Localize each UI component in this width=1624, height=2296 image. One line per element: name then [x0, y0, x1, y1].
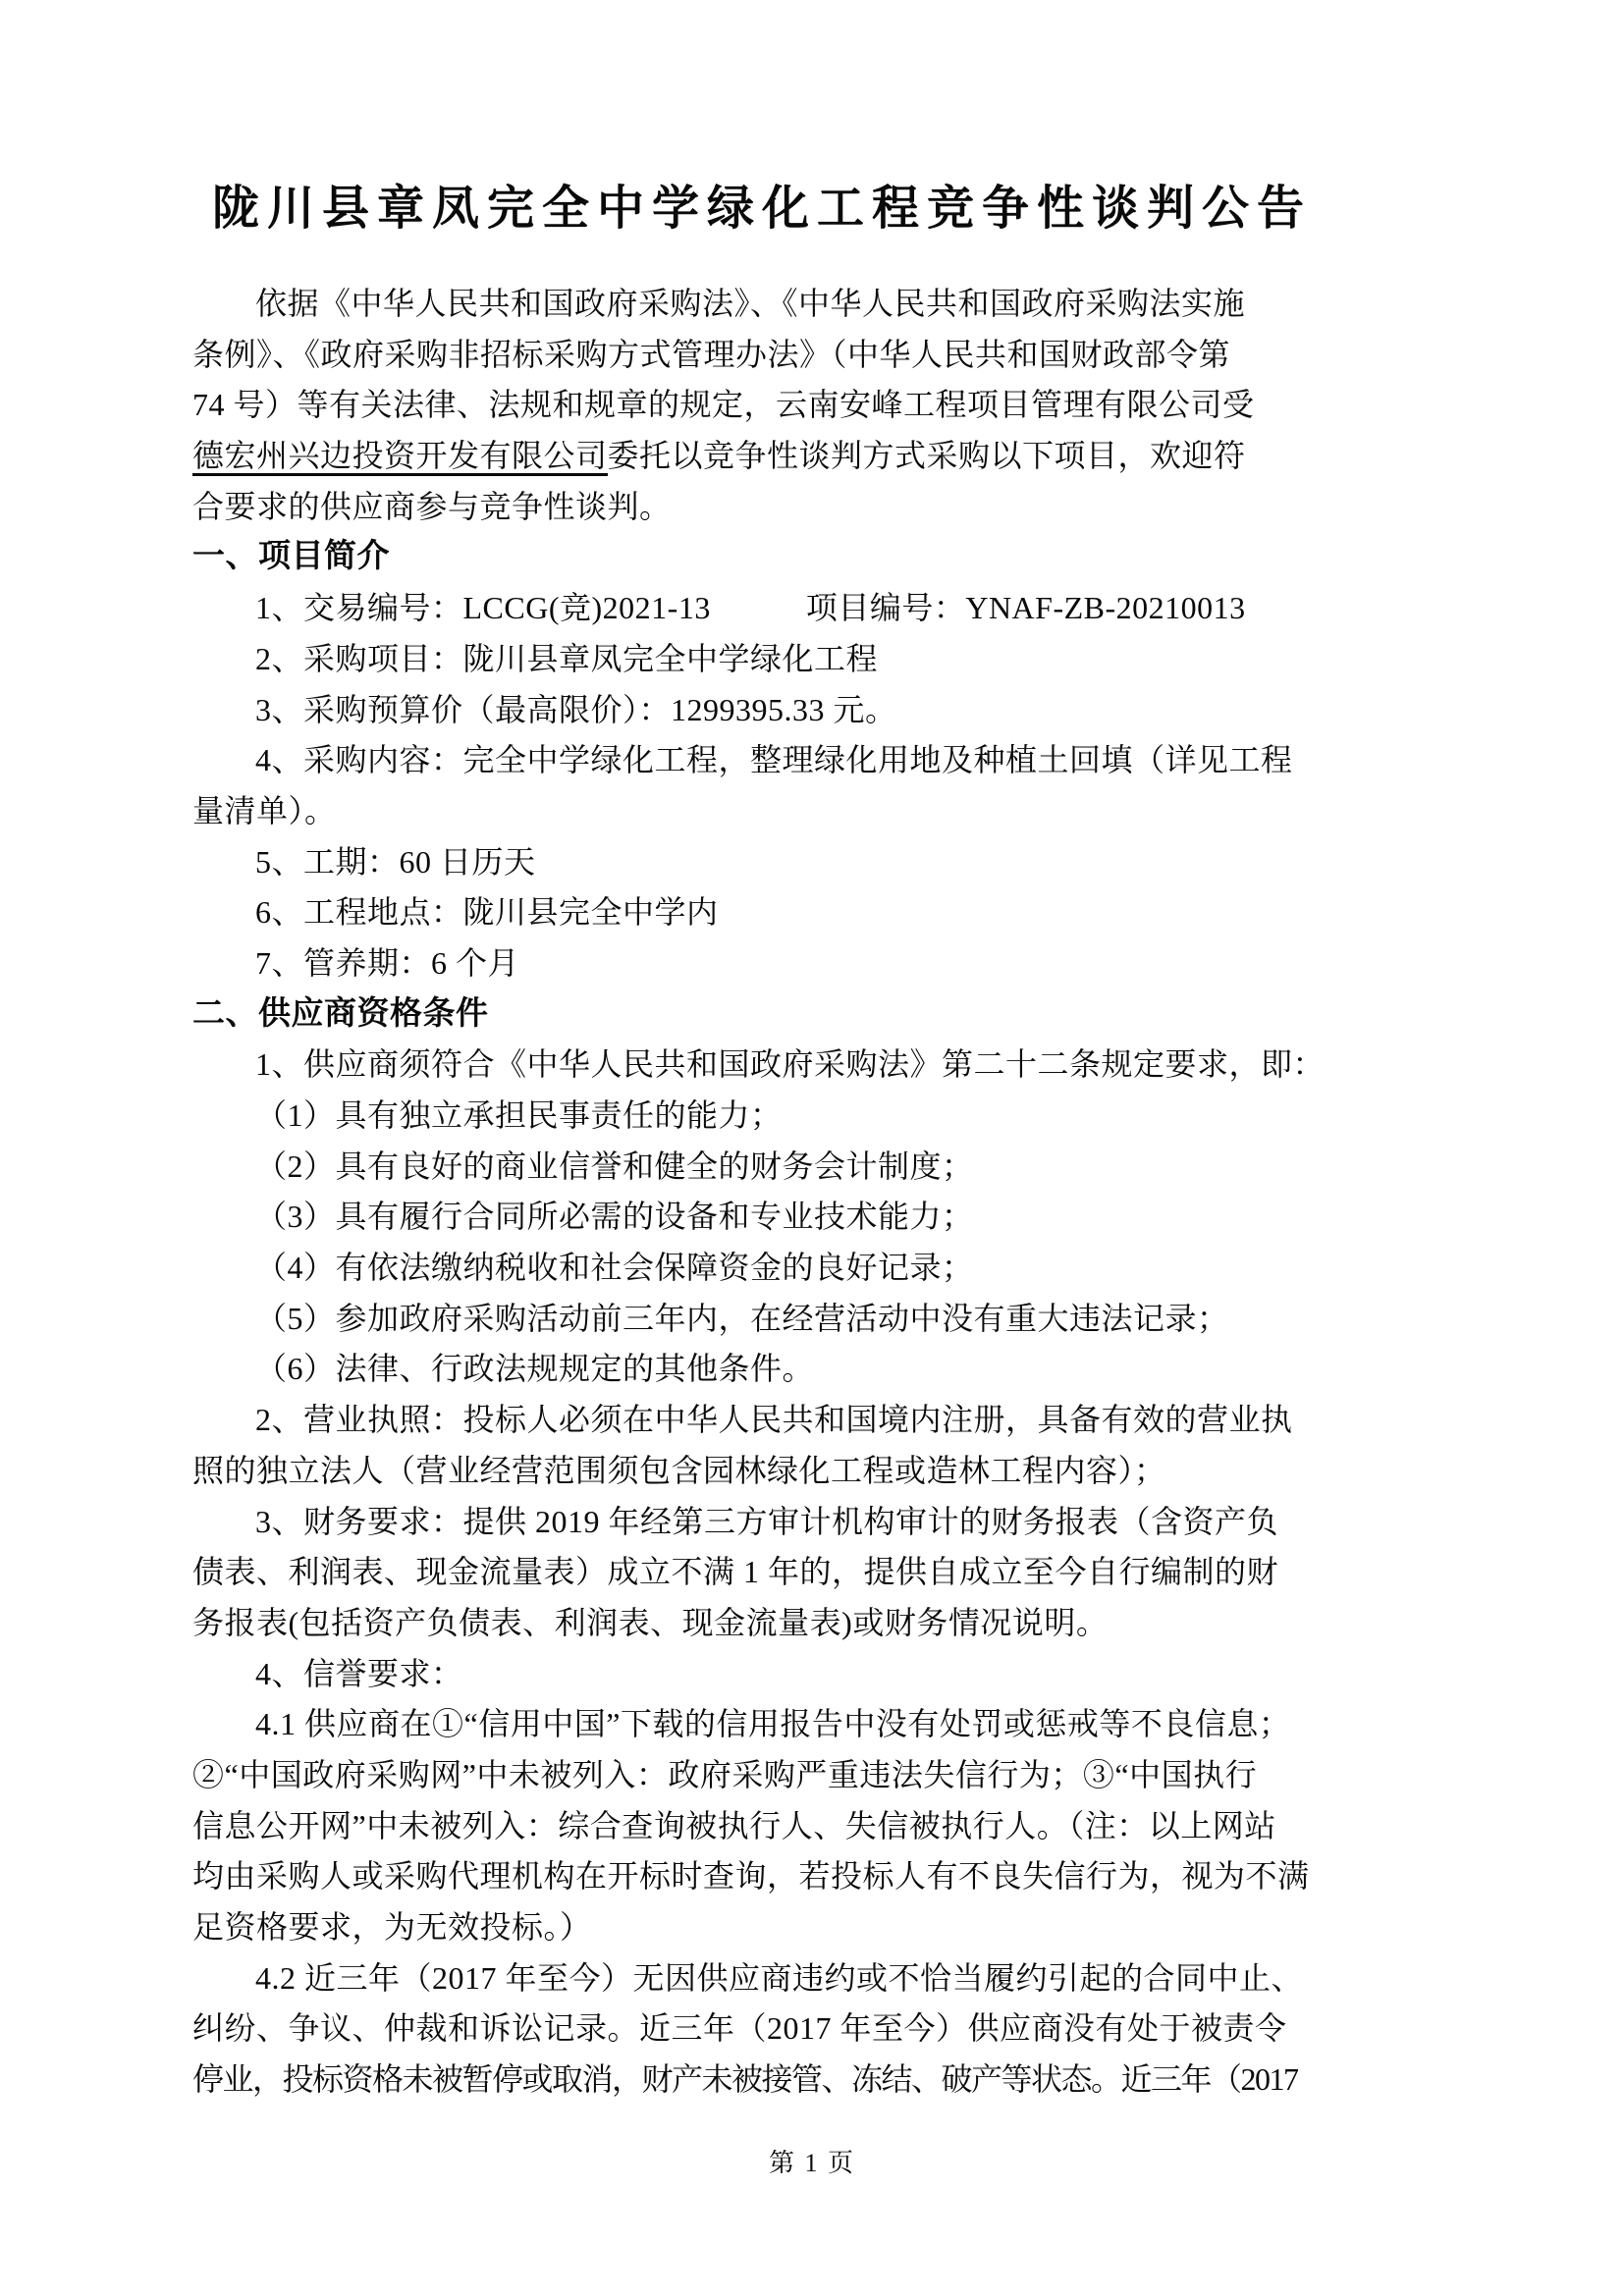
document-line: 4、信誉要求： [192, 1649, 1341, 1700]
text-segment: 4、信誉要求： [255, 1656, 463, 1691]
text-segment: 7、管养期：6 个月 [255, 945, 519, 981]
document-line: 停业，投标资格未被暂停或取消，财产未被接管、冻结、破产等状态。近三年（2017 [192, 2055, 1341, 2106]
text-segment: ②“中国政府采购网”中未被列入：政府采购严重违法失信行为；③“中国执行 [192, 1757, 1257, 1792]
document-line: （5）参加政府采购活动前三年内，在经营活动中没有重大违法记录； [192, 1294, 1341, 1345]
text-segment: 4.1 供应商在①“信用中国”下载的信用报告中没有处罚或惩戒等不良信息； [255, 1706, 1290, 1741]
text-segment: 均由采购人或采购代理机构在开标时查询，若投标人有不良失信行为，视为不满 [192, 1858, 1310, 1894]
document-line: 1、供应商须符合《中华人民共和国政府采购法》第二十二条规定要求，即： [192, 1040, 1341, 1091]
text-segment: 足资格要求，为无效投标。） [192, 1909, 592, 1945]
document-line: 照的独立法人（营业经营范围须包含园林绿化工程或造林工程内容）； [192, 1446, 1341, 1497]
document-line: 5、工期：60 日历天 [192, 837, 1341, 888]
text-segment: （3）具有履行合同所必需的设备和专业技术能力； [255, 1199, 974, 1234]
text-segment: 1、交易编号：LCCG(竞)2021-13 [255, 590, 711, 625]
page-footer: 第 1 页 [0, 2144, 1624, 2183]
underlined-entrusting-party: 德宏州兴边投资开发有限公司 [192, 438, 608, 476]
document-line: 4.1 供应商在①“信用中国”下载的信用报告中没有处罚或惩戒等不良信息； [192, 1699, 1341, 1750]
document-line: 2、营业执照：投标人必须在中华人民共和国境内注册，具备有效的营业执 [192, 1395, 1341, 1446]
text-segment: 量清单）。 [192, 793, 337, 828]
document-line: 依据《中华人民共和国政府采购法》、《中华人民共和国政府采购法实施 [192, 279, 1341, 330]
document-line: 7、管养期：6 个月 [192, 938, 1341, 989]
text-segment: 委托以竞争性谈判方式采购以下项目，欢迎符 [608, 438, 1246, 473]
document-body: 依据《中华人民共和国政府采购法》、《中华人民共和国政府采购法实施条例》、《政府采… [192, 279, 1341, 2106]
document-line: ②“中国政府采购网”中未被列入：政府采购严重违法失信行为；③“中国执行 [192, 1750, 1341, 1801]
text-segment: 停业，投标资格未被暂停或取消，财产未被接管、冻结、破产等状态。近三年（2017 [192, 2061, 1298, 2097]
document-line: 4.2 近三年（2017 年至今）无因供应商违约或不恰当履约引起的合同中止、 [192, 1953, 1341, 2004]
document-line: （6）法律、行政法规规定的其他条件。 [192, 1344, 1341, 1395]
text-segment: 5、工期：60 日历天 [255, 844, 536, 880]
document-line: 信息公开网”中未被列入：综合查询被执行人、失信被执行人。（注：以上网站 [192, 1801, 1341, 1852]
text-segment: （2）具有良好的商业信誉和健全的财务会计制度； [255, 1148, 974, 1184]
document-line: 债表、利润表、现金流量表）成立不满 1 年的，提供自成立至今自行编制的财 [192, 1547, 1341, 1598]
text-segment: 项目编号：YNAF-ZB-20210013 [806, 590, 1246, 625]
document-line: 1、交易编号：LCCG(竞)2021-13项目编号：YNAF-ZB-202100… [192, 583, 1341, 634]
text-segment: 一、项目简介 [192, 539, 390, 574]
document-line: （2）具有良好的商业信誉和健全的财务会计制度； [192, 1142, 1341, 1193]
text-segment: 务报表(包括资产负债表、利润表、现金流量表)或财务情况说明。 [192, 1605, 1108, 1640]
document-line: 条例》、《政府采购非招标采购方式管理办法》（中华人民共和国财政部令第 [192, 330, 1341, 381]
text-segment: 6、工程地点：陇川县完全中学内 [255, 894, 719, 930]
text-segment: 4.2 近三年（2017 年至今）无因供应商违约或不恰当履约引起的合同中止、 [255, 1960, 1303, 1996]
text-segment: （6）法律、行政法规规定的其他条件。 [255, 1351, 814, 1386]
text-segment: 信息公开网”中未被列入：综合查询被执行人、失信被执行人。（注：以上网站 [192, 1808, 1276, 1843]
document-line: 74 号）等有关法律、法规和规章的规定，云南安峰工程项目管理有限公司受 [192, 380, 1341, 431]
document-line: 2、采购项目：陇川县章凤完全中学绿化工程 [192, 634, 1341, 685]
text-segment: 合要求的供应商参与竞争性谈判。 [192, 489, 672, 524]
document-line: 均由采购人或采购代理机构在开标时查询，若投标人有不良失信行为，视为不满 [192, 1851, 1341, 1902]
document-line: 6、工程地点：陇川县完全中学内 [192, 887, 1341, 938]
document-line: 合要求的供应商参与竞争性谈判。 [192, 482, 1341, 533]
document-line: 足资格要求，为无效投标。） [192, 1902, 1341, 1953]
text-segment: 3、财务要求：提供 2019 年经第三方审计机构审计的财务报表（含资产负 [255, 1504, 1278, 1539]
document-line: 务报表(包括资产负债表、利润表、现金流量表)或财务情况说明。 [192, 1598, 1341, 1649]
document-line: 德宏州兴边投资开发有限公司委托以竞争性谈判方式采购以下项目，欢迎符 [192, 431, 1341, 482]
document-line: 纠纷、争议、仲裁和诉讼记录。近三年（2017 年至今）供应商没有处于被责令 [192, 2003, 1341, 2055]
page-title: 陇川县章凤完全中学绿化工程竞争性谈判公告 [192, 181, 1331, 238]
document-page: 陇川县章凤完全中学绿化工程竞争性谈判公告 依据《中华人民共和国政府采购法》、《中… [0, 0, 1624, 2296]
section-heading: 二、供应商资格条件 [192, 989, 1341, 1041]
document-line: （3）具有履行合同所必需的设备和专业技术能力； [192, 1192, 1341, 1243]
text-segment: （4）有依法缴纳税收和社会保障资金的良好记录； [255, 1250, 974, 1285]
text-segment: （5）参加政府采购活动前三年内，在经营活动中没有重大违法记录； [255, 1301, 1229, 1336]
text-segment: 二、供应商资格条件 [192, 996, 489, 1032]
text-segment: （1）具有独立承担民事责任的能力； [255, 1097, 783, 1133]
text-segment: 条例》、《政府采购非招标采购方式管理办法》（中华人民共和国财政部令第 [192, 337, 1230, 372]
text-segment: 4、采购内容：完全中学绿化工程，整理绿化用地及种植土回填（详见工程 [255, 742, 1293, 777]
text-segment: 1、供应商须符合《中华人民共和国政府采购法》第二十二条规定要求，即： [255, 1046, 1325, 1082]
document-line: 量清单）。 [192, 786, 1341, 837]
text-segment: 3、采购预算价（最高限价）：1299395.33 元。 [255, 692, 897, 727]
document-line: 3、财务要求：提供 2019 年经第三方审计机构审计的财务报表（含资产负 [192, 1497, 1341, 1548]
text-segment: 债表、利润表、现金流量表）成立不满 1 年的，提供自成立至今自行编制的财 [192, 1554, 1278, 1589]
text-segment: 2、采购项目：陇川县章凤完全中学绿化工程 [255, 641, 878, 676]
text-segment: 纠纷、争议、仲裁和诉讼记录。近三年（2017 年至今）供应商没有处于被责令 [192, 2010, 1287, 2046]
text-segment: 照的独立法人（营业经营范围须包含园林绿化工程或造林工程内容）； [192, 1453, 1166, 1488]
text-segment: 依据《中华人民共和国政府采购法》、《中华人民共和国政府采购法实施 [255, 286, 1245, 321]
text-segment: 2、营业执照：投标人必须在中华人民共和国境内注册，具备有效的营业执 [255, 1402, 1293, 1437]
document-line: 3、采购预算价（最高限价）：1299395.33 元。 [192, 685, 1341, 736]
document-line: （4）有依法缴纳税收和社会保障资金的良好记录； [192, 1243, 1341, 1294]
document-line: 4、采购内容：完全中学绿化工程，整理绿化用地及种植土回填（详见工程 [192, 735, 1341, 786]
text-segment: 74 号）等有关法律、法规和规章的规定，云南安峰工程项目管理有限公司受 [192, 387, 1255, 422]
document-line: （1）具有独立承担民事责任的能力； [192, 1091, 1341, 1142]
section-heading: 一、项目简介 [192, 532, 1341, 583]
